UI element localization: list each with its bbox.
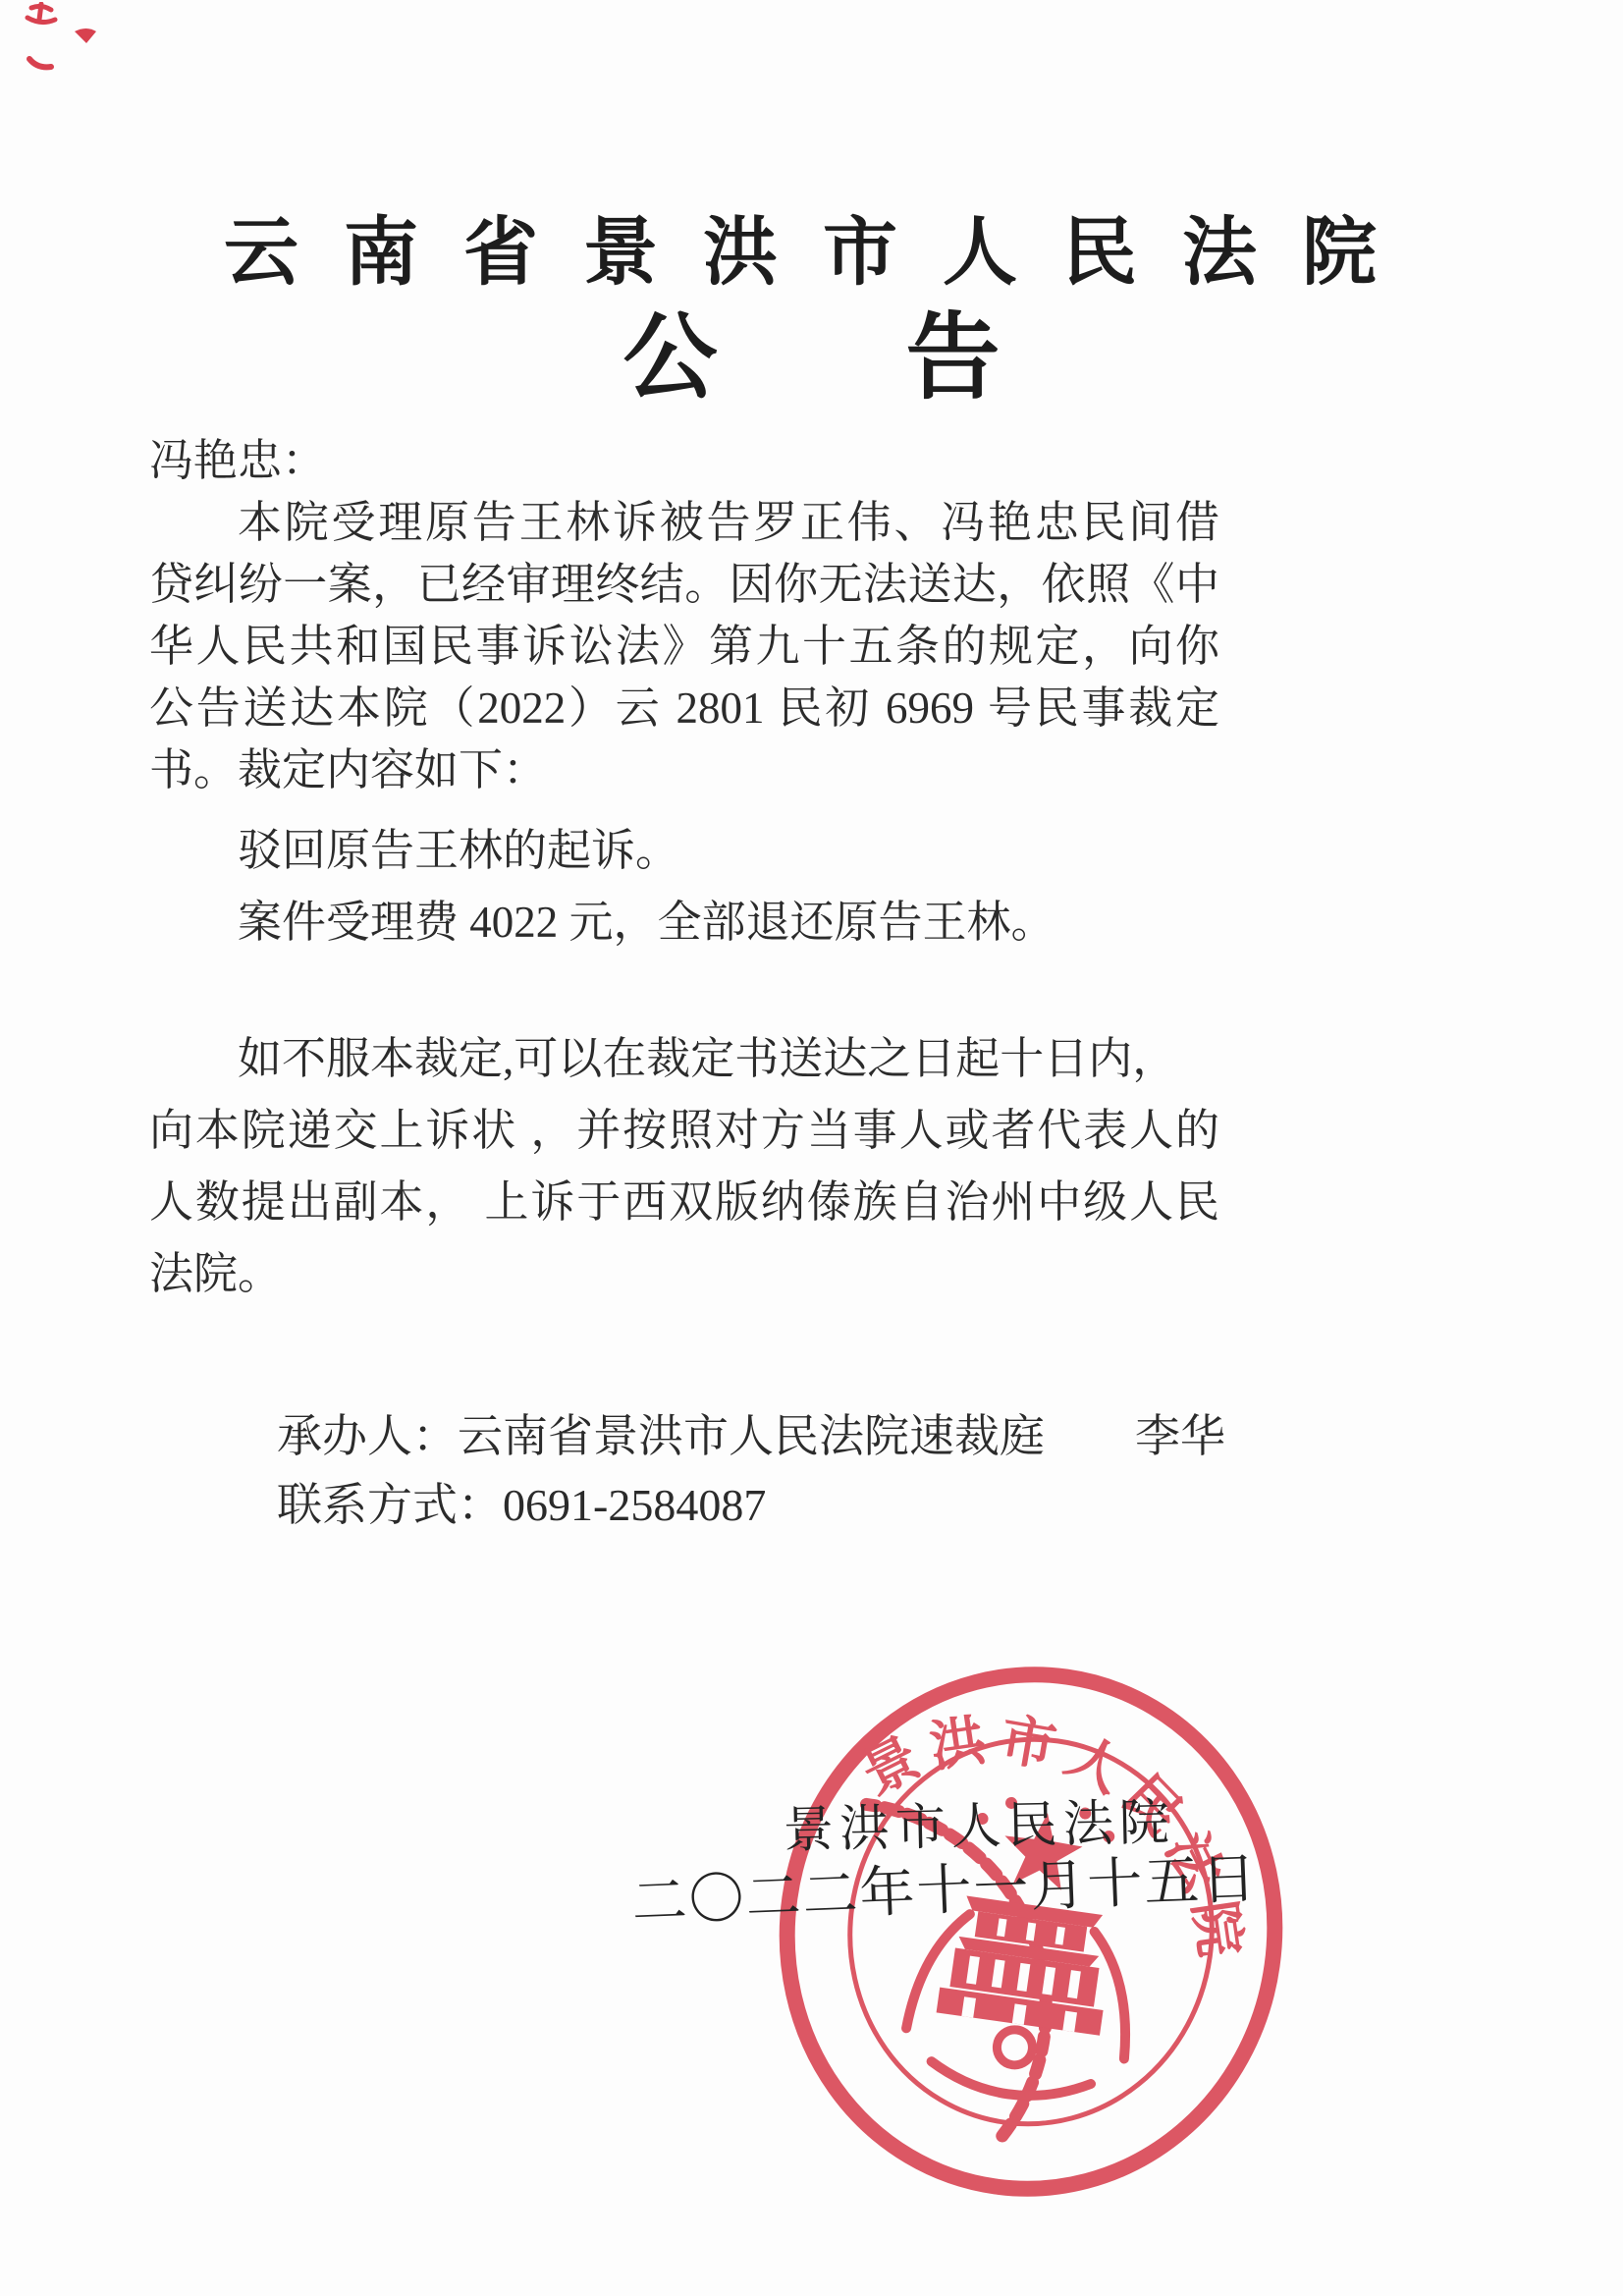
- ruling-line: 案件受理费 4022 元，全部退还原告王林。: [149, 887, 1219, 958]
- announcement-page: 云南省景洪市人民法院 公 告 冯艳忠： 本院受理原告王林诉被告罗正伟、冯艳忠民间…: [0, 0, 1623, 2296]
- page-title-doc-type: 公 告: [0, 283, 1623, 417]
- body-line: 公告送达本院（2022）云 2801 民初 6969 号民事裁定: [149, 678, 1219, 739]
- appeal-line: 人数提出副本， 上诉于西双版纳傣族自治州中级人民: [149, 1167, 1219, 1238]
- contact-block: 承办人：云南省景洪市人民法院速裁庭 李华 联系方式：0691-2584087: [149, 1402, 1357, 1540]
- appeal-line: 向本院递交上诉状 ，并按照对方当事人或者代表人的: [149, 1095, 1219, 1167]
- red-mark-icon: [75, 28, 96, 43]
- body-text: 冯艳忠： 本院受理原告王林诉被告罗正伟、冯艳忠民间借 贷纠纷一案，已经审理终结。…: [149, 430, 1219, 1310]
- ruling-block: 驳回原告王林的起诉。 案件受理费 4022 元，全部退还原告王林。: [149, 815, 1219, 958]
- body-line: 书。裁定内容如下：: [149, 739, 1219, 801]
- body-line: 华人民共和国民事诉讼法》第九十五条的规定，向你: [149, 616, 1219, 678]
- red-mark-icon: [27, 4, 55, 23]
- body-line: 贷纠纷一案，已经审理终结。因你无法送达，依照《中: [149, 554, 1219, 616]
- contact-phone-line: 联系方式：0691-2584087: [277, 1471, 1357, 1540]
- corner-red-marks: [18, 2, 135, 90]
- ruling-line: 驳回原告王林的起诉。: [149, 815, 1219, 887]
- appeal-block: 如不服本裁定,可以在裁定书送达之日起十日内， 向本院递交上诉状 ，并按照对方当事…: [149, 1023, 1219, 1310]
- appeal-line: 法院。: [149, 1238, 1219, 1310]
- emblem-gear-icon: [995, 2028, 1035, 2068]
- body-line: 本院受理原告王林诉被告罗正伟、冯艳忠民间借: [149, 492, 1219, 554]
- red-mark-icon: [29, 59, 51, 67]
- appeal-line: 如不服本裁定,可以在裁定书送达之日起十日内，: [149, 1023, 1219, 1095]
- salutation: 冯艳忠：: [149, 430, 1219, 492]
- case-handler-line: 承办人：云南省景洪市人民法院速裁庭 李华: [277, 1402, 1357, 1471]
